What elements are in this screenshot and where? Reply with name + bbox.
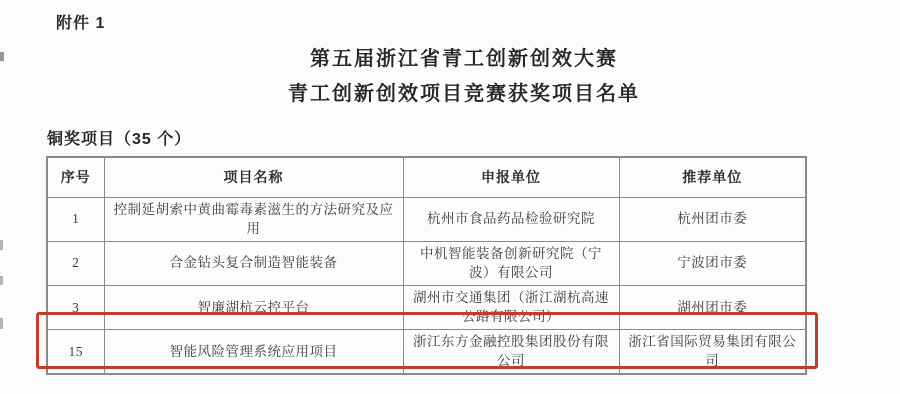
- cell-recommender-unit: 宁波团市委: [619, 241, 806, 285]
- cell-recommender-unit: 浙江省国际贸易集团有限公司: [619, 329, 806, 374]
- cell-serial: 15: [47, 329, 104, 374]
- document-title-line2: 青工创新创效项目竞赛获奖项目名单: [28, 77, 900, 106]
- scan-artifact: [0, 240, 3, 250]
- scan-artifact: [0, 318, 3, 329]
- column-header-applicant-unit: 申报单位: [403, 157, 619, 197]
- table-row-highlighted: 15 智能风险管理系统应用项目 浙江东方金融控股集团股份有限公司 浙江省国际贸易…: [47, 329, 806, 374]
- attachment-label: 附件 1: [56, 10, 105, 33]
- table-row: 1 控制延胡索中黄曲霉毒素滋生的方法研究及应用 杭州市食品药品检验研究院 杭州团…: [47, 197, 806, 241]
- column-header-serial: 序号: [47, 157, 104, 197]
- cell-serial: 1: [47, 197, 104, 241]
- cell-serial: 2: [47, 241, 104, 285]
- cell-project-name: 控制延胡索中黄曲霉毒素滋生的方法研究及应用: [104, 197, 403, 241]
- cell-recommender-unit: 湖州团市委: [619, 285, 806, 329]
- cell-applicant-unit: 杭州市食品药品检验研究院: [403, 197, 619, 241]
- table-header-row: 序号 项目名称 申报单位 推荐单位: [47, 157, 806, 197]
- cell-applicant-unit: 浙江东方金融控股集团股份有限公司: [403, 329, 619, 374]
- cell-project-name: 智廉湖杭云控平台: [104, 285, 403, 329]
- document-page: { "page": { "attachment_label": "附件 1", …: [0, 0, 900, 394]
- cell-serial: 3: [47, 285, 104, 329]
- section-label-bronze-awards: 铜奖项目（35 个）: [47, 126, 191, 149]
- column-header-recommender-unit: 推荐单位: [619, 157, 806, 197]
- scan-artifact: [0, 276, 3, 285]
- cell-project-name: 智能风险管理系统应用项目: [104, 329, 403, 374]
- cell-applicant-unit: 中机智能装备创新研究院（宁波）有限公司: [403, 241, 619, 285]
- cell-recommender-unit: 杭州团市委: [619, 197, 806, 241]
- cell-applicant-unit: 湖州市交通集团（浙江湖杭高速公路有限公司）: [403, 285, 619, 329]
- column-header-project-name: 项目名称: [104, 157, 403, 197]
- table-row: 3 智廉湖杭云控平台 湖州市交通集团（浙江湖杭高速公路有限公司） 湖州团市委: [47, 285, 806, 329]
- document-title-line1: 第五届浙江省青工创新创效大赛: [28, 42, 900, 71]
- awards-table: 序号 项目名称 申报单位 推荐单位 1 控制延胡索中黄曲霉毒素滋生的方法研究及应…: [46, 156, 807, 375]
- cell-project-name: 合金钻头复合制造智能装备: [104, 241, 403, 285]
- scan-artifact: [0, 52, 4, 61]
- table-row: 2 合金钻头复合制造智能装备 中机智能装备创新研究院（宁波）有限公司 宁波团市委: [47, 241, 806, 285]
